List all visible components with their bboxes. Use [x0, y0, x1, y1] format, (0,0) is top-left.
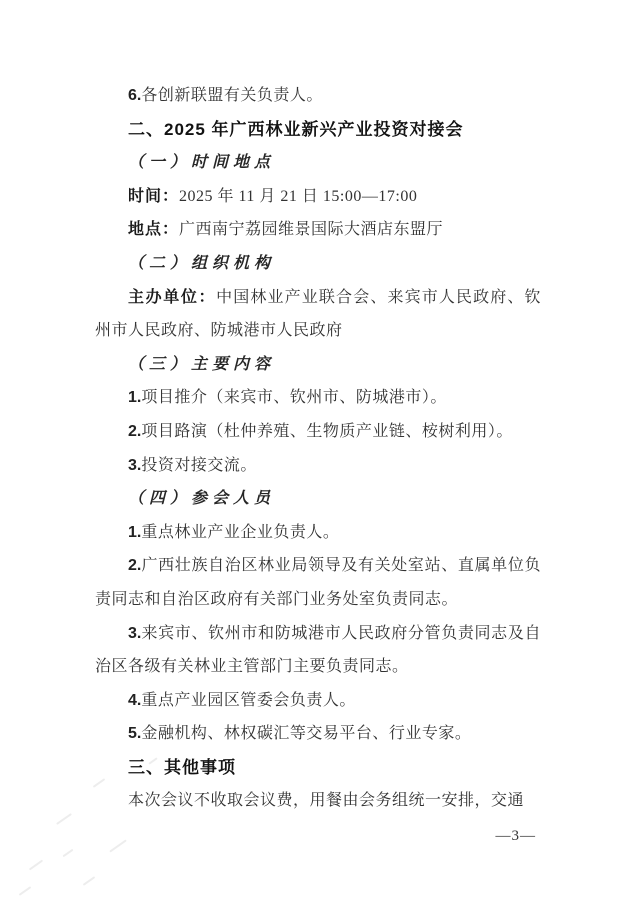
subsection-title-time-place: （一）时间地点: [95, 146, 541, 180]
list-item: 5.金融机构、林权碳汇等交易平台、行业专家。: [95, 717, 541, 751]
list-item-text: 项目推介（来宾市、钦州市、防城港市）。: [141, 389, 447, 406]
time-label: 时间：: [128, 188, 179, 205]
list-item: 2.广西壮族自治区林业局领导及有关处室站、直属单位负责同志和自治区政府有关部门业…: [95, 549, 541, 616]
list-item: 1.重点林业产业企业负责人。: [95, 516, 541, 550]
list-item-number: 1.: [128, 524, 141, 541]
document-body: 6.各创新联盟有关负责人。 二、2025 年广西林业新兴产业投资对接会 （一）时…: [95, 79, 541, 818]
subsection-title-main-content: （三）主要内容: [95, 348, 541, 382]
list-item-number: 2.: [128, 423, 141, 440]
list-item-number: 6.: [128, 87, 141, 104]
subsection-title-organization: （二）组织机构: [95, 247, 541, 281]
section-2-heading: 二、2025 年广西林业新兴产业投资对接会: [95, 113, 541, 147]
host-label: 主办单位：: [128, 289, 216, 306]
scratch-mark: [63, 849, 74, 858]
scratch-mark: [29, 860, 43, 871]
place-line: 地点：广西南宁荔园维景国际大酒店东盟厅: [95, 213, 541, 247]
list-item-text: 项目路演（杜仲养殖、生物质产业链、桉树利用）。: [141, 423, 513, 440]
list-item-text: 广西壮族自治区林业局领导及有关处室站、直属单位负责同志和自治区政府有关部门业务处…: [95, 557, 541, 608]
list-item: 2.项目路演（杜仲养殖、生物质产业链、桉树利用）。: [95, 415, 541, 449]
list-item: 4.重点产业园区管委会负责人。: [95, 684, 541, 718]
list-item-number: 2.: [128, 557, 141, 574]
list-item-text: 重点林业产业企业负责人。: [141, 524, 339, 541]
scratch-mark: [56, 813, 72, 825]
page-number: —3—: [496, 828, 537, 845]
place-label: 地点：: [128, 221, 179, 238]
list-item-number: 3.: [128, 625, 141, 642]
list-item: 3.来宾市、钦州市和防城港市人民政府分管负责同志及自治区各级有关林业主管部门主要…: [95, 617, 541, 684]
closing-paragraph: 本次会议不收取会议费，用餐由会务组统一安排，交通: [95, 784, 541, 818]
list-item-text: 投资对接交流。: [141, 457, 257, 474]
scratch-mark: [83, 876, 96, 886]
list-item-text: 金融机构、林权碳汇等交易平台、行业专家。: [141, 725, 471, 742]
list-item-number: 3.: [128, 457, 141, 474]
list-item-number: 1.: [128, 389, 141, 406]
time-line: 时间：2025 年 11 月 21 日 15:00—17:00: [95, 180, 541, 214]
list-item-text: 来宾市、钦州市和防城港市人民政府分管负责同志及自治区各级有关林业主管部门主要负责…: [95, 625, 541, 676]
host-line: 主办单位：中国林业产业联合会、来宾市人民政府、钦州市人民政府、防城港市人民政府: [95, 281, 541, 348]
scratch-mark: [19, 886, 32, 896]
time-value: 2025 年 11 月 21 日 15:00—17:00: [179, 188, 417, 205]
list-item-text: 各创新联盟有关负责人。: [141, 87, 323, 104]
list-item-text: 重点产业园区管委会负责人。: [141, 692, 356, 709]
list-item-6: 6.各创新联盟有关负责人。: [95, 79, 541, 113]
list-item-number: 5.: [128, 725, 141, 742]
scratch-mark: [109, 839, 127, 852]
list-item: 1.项目推介（来宾市、钦州市、防城港市）。: [95, 381, 541, 415]
section-3-heading: 三、其他事项: [95, 751, 541, 785]
subsection-title-participants: （四）参会人员: [95, 482, 541, 516]
list-item: 3.投资对接交流。: [95, 449, 541, 483]
list-item-number: 4.: [128, 692, 141, 709]
place-value: 广西南宁荔园维景国际大酒店东盟厅: [179, 221, 443, 238]
